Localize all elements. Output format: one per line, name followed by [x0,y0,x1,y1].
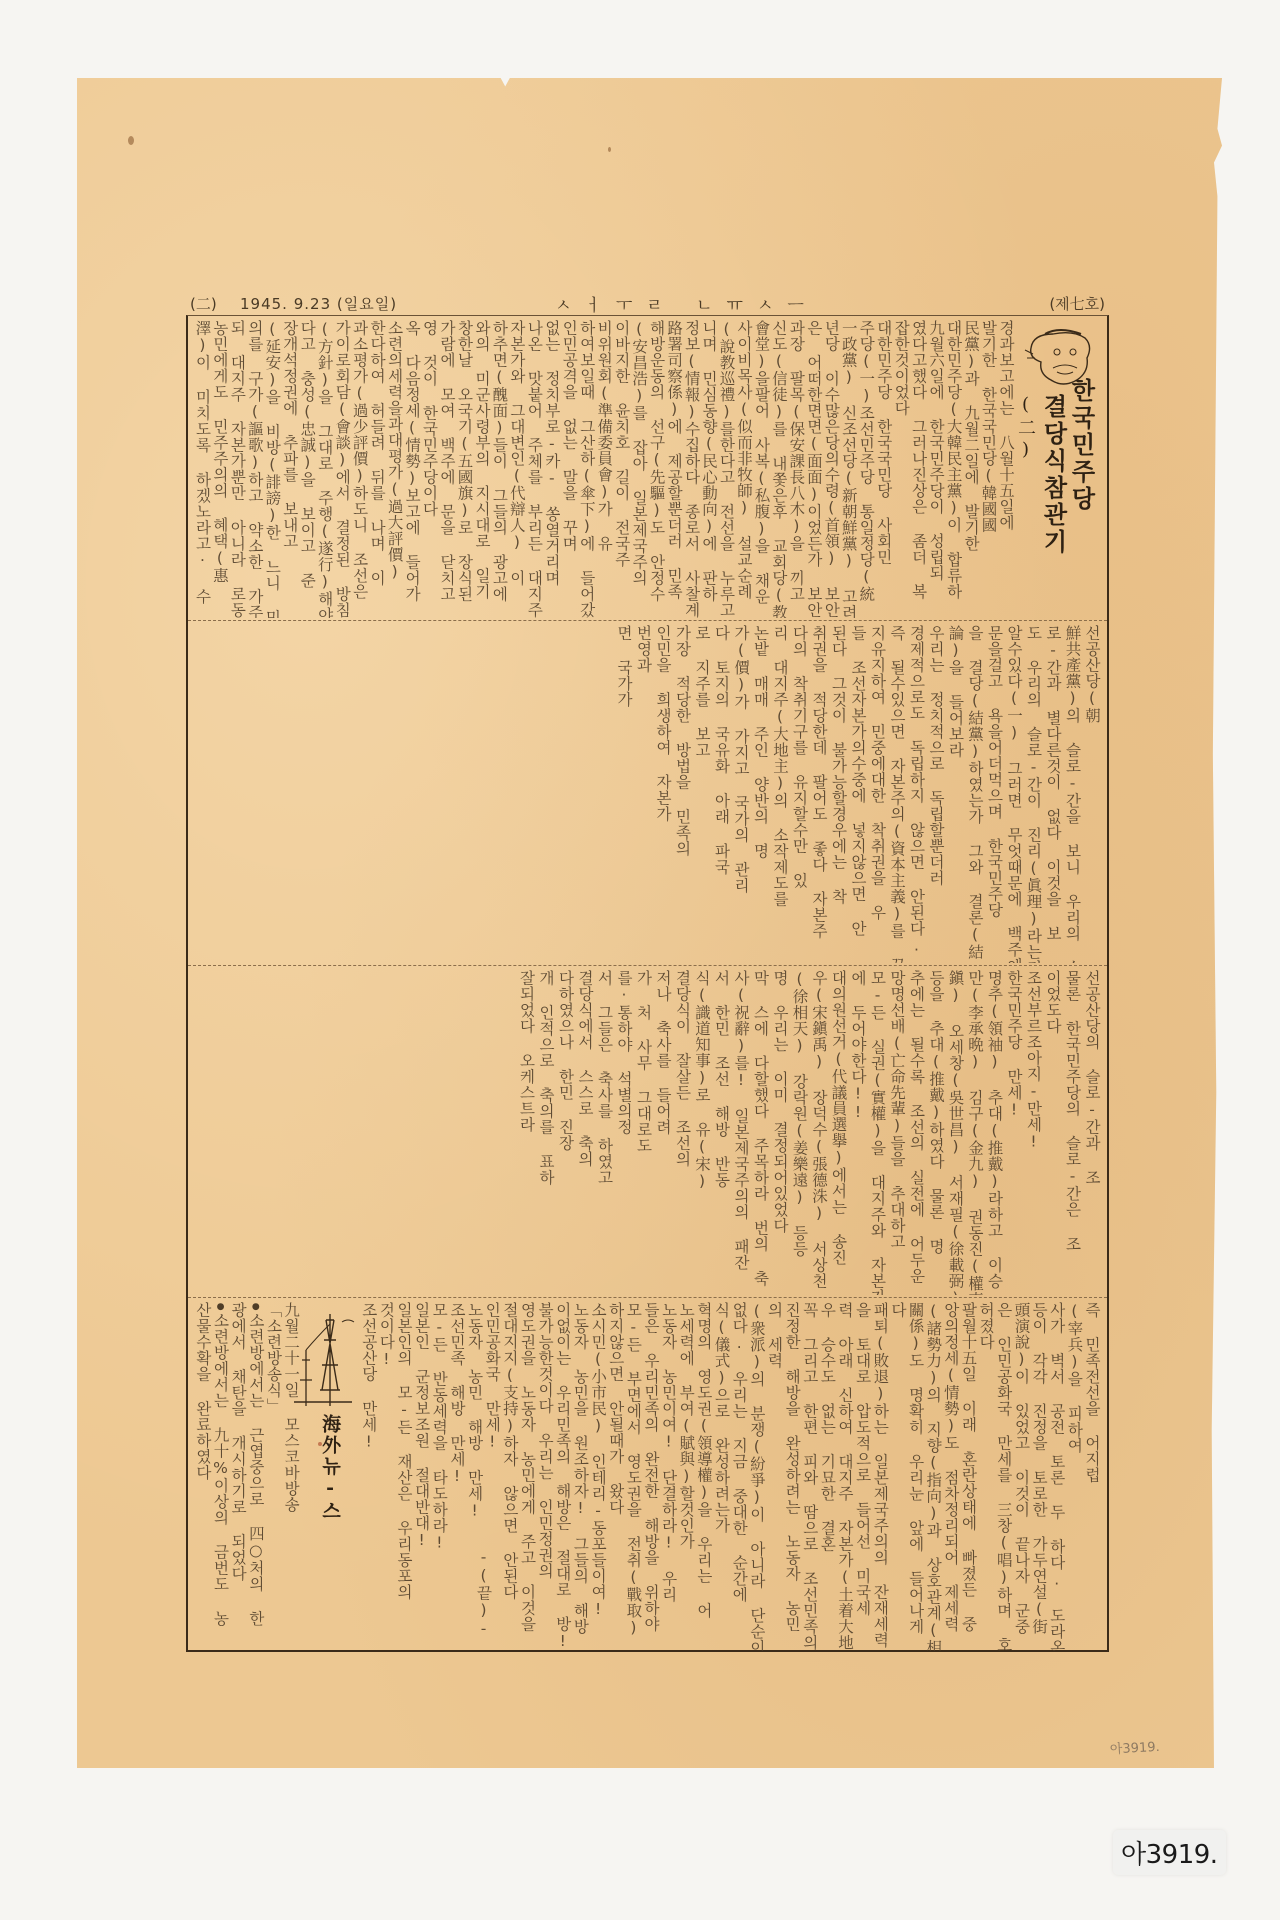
text-column: 결당식에서 스스로 축의 [575,970,595,1295]
issue-date: 1945. 9.23 (일요일) [240,293,397,314]
text-column: 우 승수도 없는 기묘한 결혼 [819,1302,837,1651]
text-column: 년당 이수많은당의수령(首領) 보안 [823,320,840,618]
text-column: 개 인적으로 축의를 표하 [536,970,556,1295]
text-column: 것이다! [378,1302,396,1651]
text-column: 문을걸고 욕을어더먹으며 한국민주당 [984,625,1004,963]
text-column: 의 세력 [766,1302,784,1651]
text-column: (說教巡禮)를한다고 전선을 누루고 [718,320,735,618]
overseas-news-item: 소련방에서는 근엽중으로 四○처의 한 [247,1302,265,1651]
text-column: 식(儀式)으로 완성하려는가 [713,1302,731,1651]
text-band-1: 한국민주당 결당식참관기(二) 경과보고에는 八월十五일에발기한 한국국민당(韓… [188,316,1107,621]
text-column: 대한민주당(大韓民主黨)이 합류하 [945,320,962,618]
text-column: 장개석정권에 추파를 보내고 [281,320,298,618]
text-column: 과장 팔목(保安課長八木)을 끼고 [788,320,805,618]
text-column: 신도(信徒)를 내쫓은후 교회당(教 [770,320,787,618]
text-column: 서 한민 조선 해방 반동 [711,970,731,1295]
text-column: 九월六일에 한국민주당이 성립되 [928,320,945,618]
text-column: 조선공산당 만세! [360,1302,378,1651]
text-column: 절대지지(支持)하자 않으면 안된다 [501,1302,519,1651]
text-column: 패퇴(敗退)하는 일본제국주의의 잔재세력 [872,1302,890,1651]
text-column: 물론 한국민주당의 슬로-간은 조 [1062,970,1082,1295]
text-column: 論)을 들어보라 [945,625,965,963]
text-column: 우(宋鎭禹) 장덕수(張德洙) 서상천 [809,970,829,1295]
text-column: 鎭) 오세창(吳世昌) 서재필(徐載弼) [945,970,965,1295]
text-column: 되 대지주 자본가뿐만 아니라 로동 [229,320,246,618]
text-column: 인민공격을 없는 말을 꾸며 [561,320,578,618]
text-column: 關係)도 명확히 우리눈 앞에 들어나게 되였 [907,1302,925,1651]
text-column: (衆派)의 분쟁(紛爭)이 아니라 단순이 당파 [748,1302,766,1651]
text-column: 로-간과 별다른것이 없다 이것을 보 [1043,625,1063,963]
text-column: 로 지주를 보고 [692,625,712,963]
text-column: 앙의정세(情勢)도 점차정리되어 제세력 [942,1302,960,1651]
text-column: 鮮共產黨)의 슬로-간을 보니 우리의 슬 [1062,625,1082,963]
text-column: 등이 각각 진정을 토로한 가두연설(街 [1030,1302,1048,1651]
text-column: 도 우리의 슬로-간이 진리(眞理)라는것을 [1023,625,1043,963]
overseas-dateline: 九월二十一일 모스코바방송 [282,1302,300,1651]
text-column: 즉 될수있으면 자본주의(資本主義)를 꿈꾸고 [887,625,907,963]
text-column: 영도권을 노동자 농민에게 주고 이것을 [519,1302,537,1651]
text-column: 잘되었다 오케스트라 [516,970,536,1295]
text-column: 선공산당(朝 [1082,625,1102,963]
text-column: 가람에 모여 백주에 문을 닫치고 한 [439,320,456,618]
text-column: 일본인 군정보조원 절대반대! [413,1302,431,1651]
text-column: 모-든 반동세력을 타도하라! [431,1302,449,1651]
text-column: (延安)을 비방(誹謗)한 느니 민주 [264,320,281,618]
text-column: 사(祝辭)를! 일본제국주의의 패잔 [731,970,751,1295]
text-column: 인민을 희생하여 자본가 [653,625,673,963]
text-column: 혁명의 영도권(領導權)을 우리는 어 [695,1302,713,1651]
text-column: 결당식이 잘살든 조선의 [672,970,692,1295]
text-column: 해방운동의 선구(先驅)도 안정수 [648,320,665,618]
headline-line-2: 결당식참관기(二) [1011,394,1067,618]
text-column: 모-든 실권(實權)을 대지주와 자본가만 [867,970,887,1295]
text-column: 명추(領袖) 추대(推戴)라하고 이승 [984,970,1004,1295]
text-column: 를·통하야 석별의정 [614,970,634,1295]
text-column: 경과보고에는 八월十五일에 [998,320,1015,618]
text-column: 이었도다 [1043,970,1063,1295]
text-column: 조선민족 해방 만세! [448,1302,466,1651]
text-column: 한다하여 허들려 뒤를 나며 이 [369,320,386,618]
text-column: 와의 미군사령부의 지시대로 일기 [473,320,490,618]
text-column: 저나 축사를 들어려 [653,970,673,1295]
text-column: 논밭 매매 주인 양반의 명 [750,625,770,963]
text-column: 우리는 정치적으로 독립할뿐더러 [926,625,946,963]
text-column: 팔월十五일 이래 혼란상태에 빠졌든 중 [960,1302,978,1651]
text-column: 등을 추대(推戴)하였다 물론 명 [926,970,946,1295]
text-column: 다 토지의 국유화 아래 파국 [711,625,731,963]
text-column: 식(識道知事)로 유(宋) [692,970,712,1295]
text-column: 진정한 해방을 완성하려는 노동자 농민 [783,1302,801,1651]
text-column: 자본가와 그대변인(代辯人) 이 [508,320,525,618]
text-column: 다의 착취기구를 유지할수만 있 [789,625,809,963]
text-band-3: 선공산당의 슬로-간과 조물론 한국민주당의 슬로-간은 조이었도다조선부르조아… [188,966,1107,1298]
text-column: (宰兵)을 피하여 [1066,1302,1084,1651]
overseas-news-heading: 海外뉴-스 [300,1302,360,1651]
text-column: 가(價)가 가지고 국가의 관리 [731,625,751,963]
text-column: 一政黨) 신조선당(新朝鮮黨) 고려청 [840,320,857,618]
text-column: 가 처 사무 그대로도 [633,970,653,1295]
text-column: 경제적으로도 독립하지 않으면 안된다. [906,625,926,963]
text-column: 澤)이 미치도록 하겠노라고· 수 [194,320,211,618]
headline-block: 한국민주당 결당식참관기(二) [1015,320,1101,618]
text-column: 다고 충성(忠誠)을 보이고 준 [299,320,316,618]
text-column: 사이비목사(似而非牧師) 설교순례 [736,320,753,618]
newspaper-header: (二) 1945. 9.23 (일요일) ㅅㅓㅜㄹ ㄴㅠㅅㅡ (제七호) [190,293,1105,315]
text-column: 을 결당(結黨)하였는가 그와 결론(結 [965,625,985,963]
text-column: 영 것이 한국민주당이다 [421,320,438,618]
text-column: 알수있다(一) 그러면 무엇때문에 백주에 [1004,625,1024,963]
text-column: 만(李承晩) 김구(金九) 권동진(權東 [965,970,985,1295]
text-column: 주당(一)조선민주당 통일정당(統 [858,320,875,618]
text-column: (方針)을 그대로 주행(遂行)해야 [316,320,333,618]
text-column: 였다고했다 그러나진상은 좀더 복 [910,320,927,618]
text-column: 막 스에 다할했다 주목하라 번의 축 [750,970,770,1295]
text-column: 과소평가(過少評價)하도니 조선은 [351,320,368,618]
text-column: (諸勢力)의 지향(指向)과 상호관계(相互 [925,1302,943,1651]
text-column: 불가능한것이다 우리는 인민정권의 [537,1302,555,1651]
end-mark: -(끝)- [473,1548,493,1638]
text-column: 창한날 오국기(五國旗)로 장식된 [456,320,473,618]
article-frame: 한국민주당 결당식참관기(二) 경과보고에는 八월十五일에발기한 한국국민당(韓… [186,315,1109,1652]
issue-number: (제七호) [1049,293,1105,314]
text-column: 이바지한 윤치호 길이 전국주 [613,320,630,618]
text-column: 하지않으면 안될때가 왔다 [607,1302,625,1651]
text-column: 소련의세력을과대평가(過大評價) [386,320,403,618]
handwritten-archive-number: 아3919. [1109,1734,1206,1767]
text-column: 꼭 그리고 한편 피와 땀으로 조선민족의 [801,1302,819,1651]
headline-part: (二) [1015,394,1036,463]
text-column: 路署司察係)에 제공할뿐더러 민족 [666,320,683,618]
overseas-news-item: 산물수확을 완료하였다 [194,1302,212,1651]
text-column: 들 조선자본가의수중에 넣지않으면 안 [848,625,868,963]
text-column: 옥 다음정세(情勢)보고에 들어가 [404,320,421,618]
text-column: 농민에게도 민주주의의 혜택(惠 [211,320,228,618]
text-column: 잡한것이었다 [893,320,910,618]
text-column: 니며 민심동향(民心動向)에 판하 [701,320,718,618]
text-column: 된다 그것이 불가능할경우에는 착 [828,625,848,963]
text-column: 은 어떠한면면(面面)이었든가 보안 [805,320,822,618]
text-column: 지유지하여 민중에대한 착취권을 우 [867,625,887,963]
masthead-title: ㅅㅓㅜㄹ ㄴㅠㅅㅡ [555,291,818,316]
text-column: 력 아래 신하여 대지주 자본가(土着大地主資本家) [836,1302,854,1651]
text-column: 하추면(醜面)들이 그들의 광고에 [491,320,508,618]
text-column: 하여보일때 그산하(傘下)에 들어갔 [578,320,595,618]
text-column: 노동자 농민을 원조하자! 그들의 해방 [572,1302,590,1651]
text-column: 없는 정치부로-카- 쏭열거리며 [543,320,560,618]
text-column: 면 국가가 [614,625,634,963]
text-column: 民黨)과 九월二일에 발기한 [963,320,980,618]
overseas-news-title: 海外뉴-스 [317,1414,344,1522]
text-column: 취권을 적당한데 팔어도 좋다 자본주 [809,625,829,963]
text-column: 없다. 우리는 지금 중대한 순간에 [731,1302,749,1651]
headline-line-1: 한국민주당 [1067,378,1095,513]
text-column: 노세력에 부여(賦與)할것인가 [678,1302,696,1651]
text-column: 모-든 부면에서 영도권을 전취(戰取) [625,1302,643,1651]
text-column: 번영과 [633,625,653,963]
text-column: 노동자 농민이여! 단결하라! 우리 [660,1302,678,1651]
text-column: 조선부르조아지-만세! [1023,970,1043,1295]
text-column: 은 인민공화국 만세를 三창(唱)하며 호 [995,1302,1013,1651]
text-column: 즉 민족전선을 어지럽 [1083,1302,1101,1651]
text-column: 선공산당의 슬로-간과 조 [1082,970,1102,1295]
text-column: (安昌浩)를 잡아 일본제국주의 [631,320,648,618]
text-column: 다하였으나 한민 진장 [555,970,575,1295]
text-column: 한국민주당 만세! [1004,970,1024,1295]
text-column: 일본인의 모-든 재산은 우리동포의 [395,1302,413,1651]
text-column: 명 우리는 이미 결정되어있었다 [770,970,790,1295]
text-column: 사가 벽서 공전 토론 두 하다. 도라온 청년 [1048,1302,1066,1651]
text-column: 들은 우리민족의 완전한 해방을 위하야 [642,1302,660,1651]
text-column: 소시민(小市民) 인테리-동포들이여! [589,1302,607,1651]
catalog-label: 아3919. [1113,1830,1226,1875]
text-band-2: 선공산당(朝鮮共產黨)의 슬로-간을 보니 우리의 슬로-간과 별다른것이 없다… [188,621,1107,966]
text-column: 발기한 한국국민당(韓國國 [980,320,997,618]
overseas-source: 「소련방송식」 [265,1302,283,1651]
text-column: 頭演說)이 있었고 이것이 끝나자 군중 [1013,1302,1031,1651]
text-column: 會堂)을팔어 사복(私腹)을 채운 [753,320,770,618]
text-column: 대한민주당 한국국민당 사회민 [875,320,892,618]
text-column: 다 [889,1302,907,1651]
text-column: 리 대지주(大地主)의 소작제도를 [770,625,790,963]
text-column: (徐相天) 강락원(姜樂遠) 등등 [789,970,809,1295]
text-column: 가장 적당한 방법을 민족의 [672,625,692,963]
text-column: 이없이는 우리민족의 해방은 절대로 방! [554,1302,572,1651]
text-column: 대의원선거(代議員選擧)에서는 송진 [828,970,848,1295]
text-column: 을 토대로 압도적으로 들어선 미국세 [854,1302,872,1651]
text-column: 의를 구가(謳歌)하고 약소한 가주 [246,320,263,618]
text-column: 에 두어야한다!! [848,970,868,1295]
text-column: 서 그들은 축사를 하였고 [594,970,614,1295]
page-number: (二) [190,293,217,314]
text-column: 허졌다 [978,1302,996,1651]
text-column: 정보(情報)수집하다 종로서 사찰계 [683,320,700,618]
overseas-news-item: 소련방에서는 九十%이상의 금번도 농 [212,1302,230,1651]
overseas-news-item: 광에서 채탄을 개시하기로 되었다 [230,1302,248,1651]
text-column: 비위원회(準備委員會)가 유 [596,320,613,618]
text-column: 추에는 될수록 조선의 실전에 어두운 [906,970,926,1295]
text-column: 나온 맛붙어 주체를 부리든 대지주 [526,320,543,618]
text-column: 가이로회담(會談)에서 결정된 방침 [334,320,351,618]
text-band-4: 즉 민족전선을 어지럽(宰兵)을 피하여사가 벽서 공전 토론 두 하다. 도라… [188,1298,1107,1653]
text-column: 망명선배(亡命先輩)들을 추대하고 [887,970,907,1295]
